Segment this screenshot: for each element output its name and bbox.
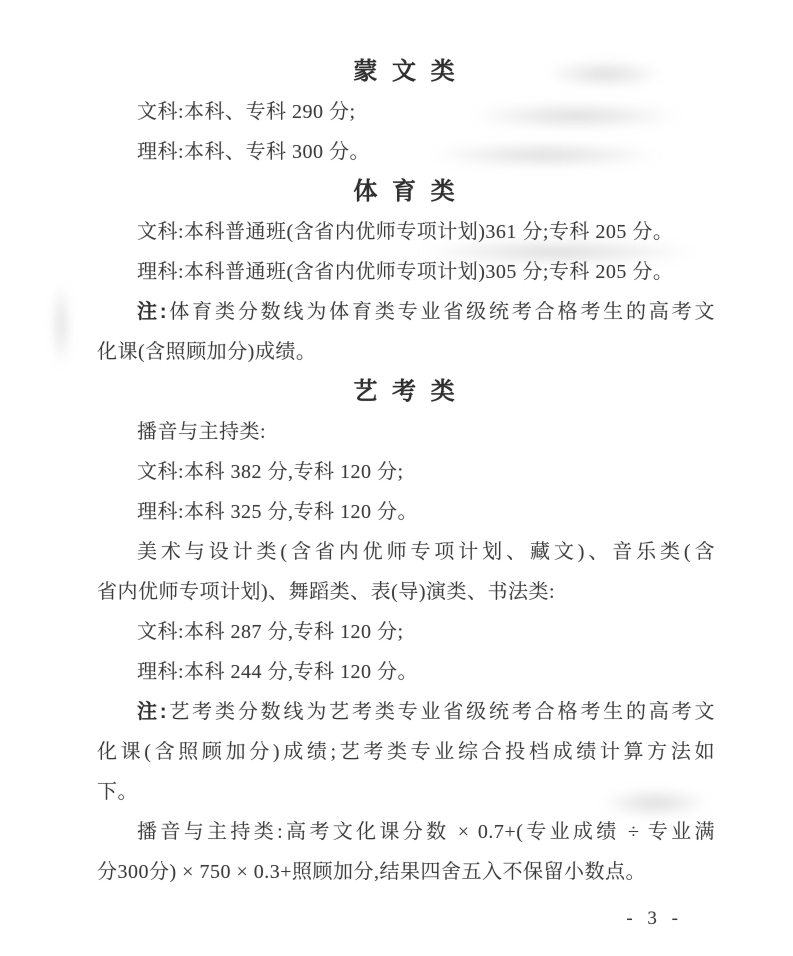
heading-sports-category: 体 育 类 bbox=[97, 172, 715, 212]
note-line: 注:体育类分数线为体育类专业省级统考合格考生的高考文 bbox=[97, 292, 715, 332]
subcategory-line: 播音与主持类: bbox=[97, 412, 715, 452]
note-line: 下。 bbox=[97, 772, 715, 812]
formula-line: 分300分) × 750 × 0.3+照顾加分,结果四舍五入不保留小数点。 bbox=[97, 852, 715, 892]
formula-line: 播音与主持类:高考文化课分数 × 0.7+(专业成绩 ÷ 专业满 bbox=[97, 812, 715, 852]
subcategory-line: 省内优师专项计划)、舞蹈类、表(导)演类、书法类: bbox=[97, 572, 715, 612]
document-body: 蒙 文 类 文科:本科、专科 290 分; 理科:本科、专科 300 分。 体 … bbox=[97, 52, 715, 892]
note-prefix: 注: bbox=[137, 701, 167, 723]
score-line-science: 理科:本科 244 分,专科 120 分。 bbox=[97, 652, 715, 692]
score-line-science: 理科:本科、专科 300 分。 bbox=[97, 132, 715, 172]
score-line-liberal-arts: 文科:本科 382 分,专科 120 分; bbox=[97, 452, 715, 492]
score-line-liberal-arts: 文科:本科、专科 290 分; bbox=[97, 92, 715, 132]
page-number: - 3 - bbox=[626, 908, 683, 930]
note-line: 化课(含照顾加分)成绩。 bbox=[97, 332, 715, 372]
document-page: 蒙 文 类 文科:本科、专科 290 分; 理科:本科、专科 300 分。 体 … bbox=[0, 0, 793, 956]
scan-artifact bbox=[52, 282, 70, 367]
subcategory-line: 美术与设计类(含省内优师专项计划、藏文)、音乐类(含 bbox=[97, 532, 715, 572]
note-prefix: 注: bbox=[137, 301, 167, 323]
score-line-science: 理科:本科 325 分,专科 120 分。 bbox=[97, 492, 715, 532]
note-line: 注:艺考类分数线为艺考类专业省级统考合格考生的高考文 bbox=[97, 692, 715, 732]
heading-arts-category: 艺 考 类 bbox=[97, 372, 715, 412]
note-line: 化课(含照顾加分)成绩;艺考类专业综合投档成绩计算方法如 bbox=[97, 732, 715, 772]
score-line-science: 理科:本科普通班(含省内优师专项计划)305 分;专科 205 分。 bbox=[97, 252, 715, 292]
score-line-liberal-arts: 文科:本科普通班(含省内优师专项计划)361 分;专科 205 分。 bbox=[97, 212, 715, 252]
heading-mongolian-category: 蒙 文 类 bbox=[97, 52, 715, 92]
score-line-liberal-arts: 文科:本科 287 分,专科 120 分; bbox=[97, 612, 715, 652]
note-text: 艺考类分数线为艺考类专业省级统考合格考生的高考文 bbox=[167, 701, 715, 723]
note-text: 体育类分数线为体育类专业省级统考合格考生的高考文 bbox=[167, 301, 715, 323]
